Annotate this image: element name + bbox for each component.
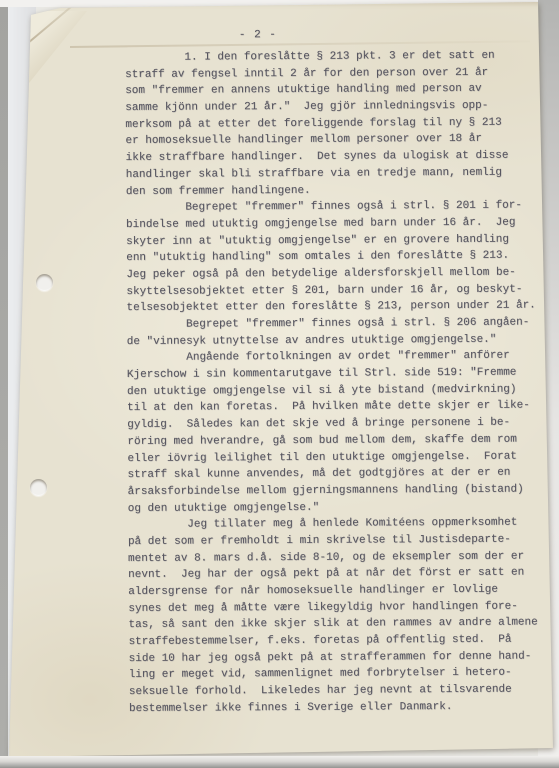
page-number: - 2 - — [239, 29, 277, 41]
text-line: seksuelle forhold. Likeledes har jeg nev… — [129, 682, 554, 701]
paper-shadow-wrap: - 2 - 1. I den foreslåtte § 213 pkt. 3 e… — [0, 0, 559, 768]
scanned-document: - 2 - 1. I den foreslåtte § 213 pkt. 3 e… — [0, 0, 559, 768]
document-text: 1. I den foreslåtte § 213 pkt. 3 er det … — [125, 47, 554, 717]
typewritten-content: - 2 - 1. I den foreslåtte § 213 pkt. 3 e… — [0, 0, 559, 768]
text-line: på det som er fremholdt i min skrivelse … — [128, 531, 553, 550]
text-line: röring med hverandre, gå som bud mellom … — [127, 431, 552, 450]
text-line: handlinger skal bli straffbare via en tr… — [126, 164, 551, 183]
document-page: - 2 - 1. I den foreslåtte § 213 pkt. 3 e… — [0, 0, 559, 768]
punch-hole-bottom — [30, 479, 47, 496]
text-line: merksom på at etter det foreliggende for… — [125, 114, 550, 133]
text-line: straff av fengsel inntil 2 år for den pe… — [125, 64, 550, 83]
text-line: årsaksforbindelse mellom gjerningsmannen… — [128, 481, 553, 500]
text-line: bestemmelser ikke finnes i Sverige eller… — [129, 698, 554, 717]
text-line: bindelse med utuktig omgjengelse med bar… — [126, 214, 551, 233]
punch-hole-top — [36, 274, 53, 291]
background-bottom-strip — [0, 756, 559, 768]
text-line: Jeg peker også på den betydelige aldersf… — [126, 264, 551, 283]
